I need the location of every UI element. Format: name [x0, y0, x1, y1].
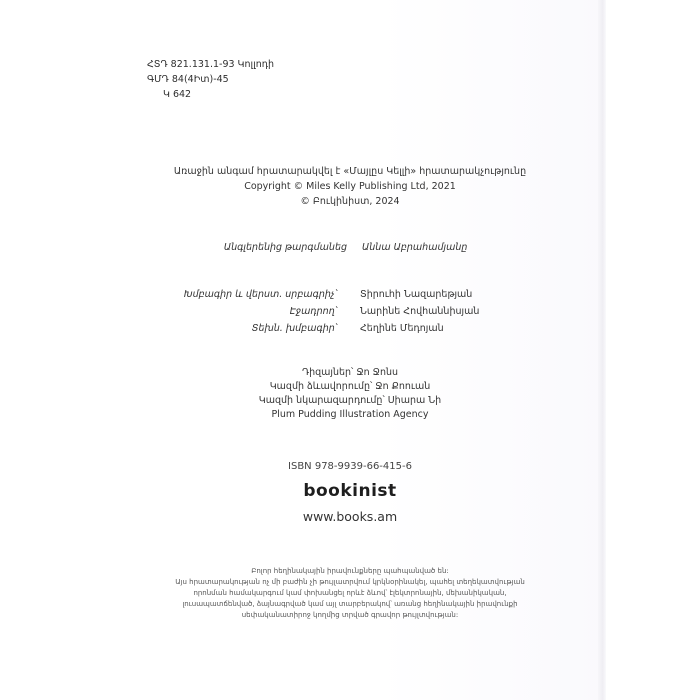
- publisher-logo: bookinist: [0, 481, 700, 501]
- cover-design-line: Կազմի ձևավորումը՝ Ջո Քոուան: [0, 380, 700, 394]
- rights-line: Այս հրատարակության ոչ մի բաժին չի թույլա…: [0, 577, 700, 588]
- classification-codes: ՀՏԴ 821.131.1-93 Կոլլոդի ԳՄԴ 84(4Իտ)-45 …: [147, 57, 274, 102]
- design-credits: Դիզայներ՝ Ջո Ջոնս Կազմի ձևավորումը՝ Ջո Ք…: [0, 366, 700, 422]
- translator-label: Անգլերենից թարգմանեց: [224, 242, 347, 253]
- bbk-code: ԳՄԴ 84(4Իտ)-45: [147, 72, 274, 87]
- credit-label: Խմբագիր և վերստ. սրբագրիչ՝: [184, 286, 337, 303]
- editorial-credits: Խմբագիր և վերստ. սրբագրիչ՝ Տիրուհի Նազար…: [0, 286, 700, 337]
- rights-line: Բոլոր հեղինակային իրավունքները պահպանված…: [0, 566, 700, 577]
- rights-line: սեփականատիրոջ կողմից տրված գրավոր թույլտ…: [0, 610, 700, 621]
- credit-row: Տեխն. խմբագիր՝ Հեղինե Մեդոյան: [0, 320, 700, 337]
- author-mark: Կ 642: [147, 87, 274, 102]
- publisher-website: www.books.am: [0, 509, 700, 524]
- translator-name: Աննա Աբրահամյանը: [362, 242, 467, 253]
- rights-line: որոնման համակարգում կամ փոխանցել որևէ ձև…: [0, 588, 700, 599]
- credit-label: Տեխն. խմբագիր՝: [252, 320, 337, 337]
- credit-row: Խմբագիր և վերստ. սրբագրիչ՝ Տիրուհի Նազար…: [0, 286, 700, 303]
- credit-name: Հեղինե Մեդոյան: [360, 320, 444, 337]
- credit-label: Էջադրող՝: [290, 303, 337, 320]
- designer-line: Դիզայներ՝ Ջո Ջոնս: [0, 366, 700, 380]
- illustration-agency-line: Plum Pudding Illustration Agency: [0, 408, 700, 422]
- isbn: ISBN 978-9939-66-415-6: [0, 461, 700, 472]
- credit-row: Էջադրող՝ Նարինե Հովհաննիսյան: [0, 303, 700, 320]
- cover-illustration-line: Կազմի նկարազարդումը՝ Սիարա Նի: [0, 394, 700, 408]
- rights-notice: Բոլոր հեղինակային իրավունքները պահպանված…: [0, 566, 700, 621]
- rights-line: լուսապատճենված, ձայնագրված կամ այլ տարբե…: [0, 599, 700, 610]
- publication-info: Առաջին անգամ հրատարակվել է «Մայլըս Կելլի…: [0, 164, 700, 209]
- first-published-note: Առաջին անգամ հրատարակվել է «Մայլըս Կելլի…: [0, 164, 700, 179]
- credit-name: Տիրուհի Նազարեթյան: [360, 286, 472, 303]
- credit-name: Նարինե Հովհաննիսյան: [360, 303, 479, 320]
- local-copyright-line: © Բուկինիստ, 2024: [0, 194, 700, 209]
- copyright-line: Copyright © Miles Kelly Publishing Ltd, …: [0, 179, 700, 194]
- book-imprint-page: ՀՏԴ 821.131.1-93 Կոլլոդի ԳՄԴ 84(4Իտ)-45 …: [0, 0, 700, 700]
- udc-code: ՀՏԴ 821.131.1-93 Կոլլոդի: [147, 57, 274, 72]
